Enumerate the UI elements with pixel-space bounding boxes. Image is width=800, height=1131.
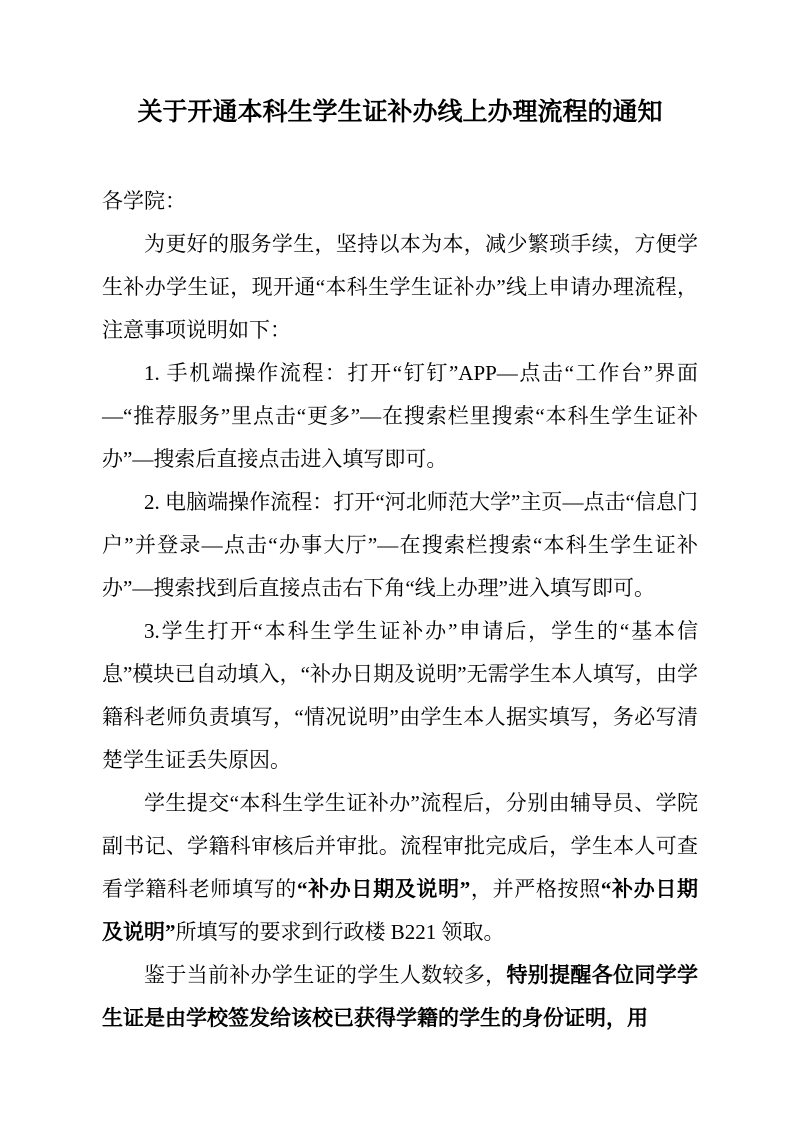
paragraph: 3.学生打开“本科生学生证补办”申请后，学生的“基本信息”模块已自动填入，“补办… [102, 610, 698, 782]
text-run: 1. 手机端操作流程：打开“钉钉”APP—点击“工作台”界面—“推荐服务”里点击… [102, 361, 698, 471]
document-title: 关于开通本科生学生证补办线上办理流程的通知 [102, 92, 698, 134]
document-page: 关于开通本科生学生证补办线上办理流程的通知 各学院：为更好的服务学生，坚持以本为… [0, 0, 800, 1131]
text-run: 各学院： [102, 189, 186, 213]
paragraph: 鉴于当前补办学生证的学生人数较多，特别提醒各位同学学生证是由学校签发给该校已获得… [102, 954, 698, 1040]
paragraph: 1. 手机端操作流程：打开“钉钉”APP—点击“工作台”界面—“推荐服务”里点击… [102, 352, 698, 481]
bold-text-run: “补办日期及说明” [297, 877, 470, 901]
text-run: ，并严格按照 [470, 877, 601, 901]
paragraph: 为更好的服务学生，坚持以本为本，减少繁琐手续，方便学生补办学生证，现开通“本科生… [102, 223, 698, 352]
text-run: 鉴于当前补办学生证的学生人数较多， [144, 963, 506, 987]
document-content: 关于开通本科生学生证补办线上办理流程的通知 各学院：为更好的服务学生，坚持以本为… [0, 0, 800, 1040]
document-body: 各学院：为更好的服务学生，坚持以本为本，减少繁琐手续，方便学生补办学生证，现开通… [102, 180, 698, 1040]
text-run: 2. 电脑端操作流程：打开“河北师范大学”主页—点击“信息门户”并登录—点击“办… [102, 490, 698, 600]
text-run: 所填写的要求到行政楼 B221 领取。 [176, 920, 505, 944]
text-run: 为更好的服务学生，坚持以本为本，减少繁琐手续，方便学生补办学生证，现开通“本科生… [102, 232, 698, 342]
text-run: 3.学生打开“本科生学生证补办”申请后，学生的“基本信息”模块已自动填入，“补办… [102, 619, 698, 772]
paragraph: 学生提交“本科生学生证补办”流程后，分别由辅导员、学院副书记、学籍科审核后并审批… [102, 782, 698, 954]
paragraph: 2. 电脑端操作流程：打开“河北师范大学”主页—点击“信息门户”并登录—点击“办… [102, 481, 698, 610]
paragraph: 各学院： [102, 180, 698, 223]
